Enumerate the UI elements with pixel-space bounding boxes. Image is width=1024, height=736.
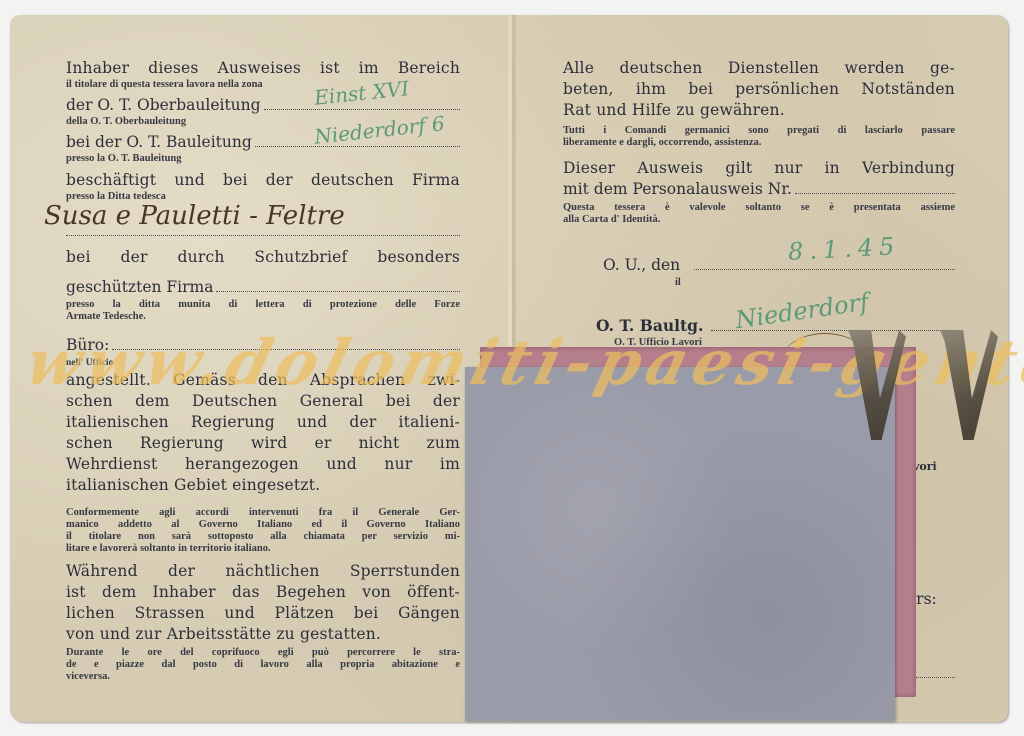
firma-value: Susa e Pauletti - Feltre [44, 201, 345, 231]
curfew-paragraph: Während der nächtlichen Sperrstunden ist… [66, 561, 460, 645]
assistance-paragraph: Alle deutschen Dienstellen werden ge- be… [563, 58, 955, 121]
validity-paragraph: Dieser Ausweis gilt nur in Verbindung mi… [563, 158, 955, 198]
geschuetzt-label: geschützten Firma [66, 278, 213, 296]
geschuetzt-field: geschützten Firma [66, 277, 460, 296]
validity-italian: Questa tessera è valevole soltanto se è … [563, 202, 955, 226]
photo-placeholder-slip [465, 367, 895, 721]
personalausweis-number-line [795, 179, 955, 194]
bauleitung-italian: presso la O. T. Bauleitung [66, 153, 182, 165]
date-label: O. U., den [603, 256, 680, 274]
partial-text-vori: vori [913, 460, 937, 473]
date-italian: il [675, 277, 681, 289]
buero-italian: nell' Ufficio [66, 357, 113, 369]
firma-german: beschäftigt und bei der deutschen Firma [66, 170, 460, 191]
buero-label: Büro: [66, 336, 109, 354]
buero-field: Büro: [66, 335, 460, 354]
oberbauleitung-italian: della O. T. Oberbauleitung [66, 116, 186, 128]
geschuetzt-italian-2: Armate Tedesche. [66, 311, 460, 323]
left-page: Inhaber dieses Ausweises ist im Bereich … [66, 15, 460, 722]
personalausweis-label: mit dem Personalausweis Nr. [563, 180, 792, 198]
oberbauleitung-label: der O. T. Oberbauleitung [66, 96, 261, 114]
firma-line [66, 235, 460, 236]
bauleitung-label: bei der O. T. Bauleitung [66, 133, 252, 151]
schutzbrief-german: bei der durch Schutzbrief besonders [66, 247, 460, 268]
baultg-label: O. T. Baultg. [596, 316, 703, 335]
date-value: 8.1.45 [787, 232, 901, 266]
military-service-paragraph: angestellt. Gemäss den Absprachen zwi- s… [66, 370, 460, 496]
assistance-italian: Tutti i Comandi germanici sono pregati d… [563, 125, 955, 149]
geschuetzt-italian-1: presso la ditta munita di lettera di pro… [66, 299, 460, 311]
military-service-italian: Conformemente agli accordi intervenuti f… [66, 507, 460, 555]
date-field: O. U., den [603, 255, 955, 274]
curfew-italian: Durante le ore del coprifuoco egli può p… [66, 647, 460, 683]
